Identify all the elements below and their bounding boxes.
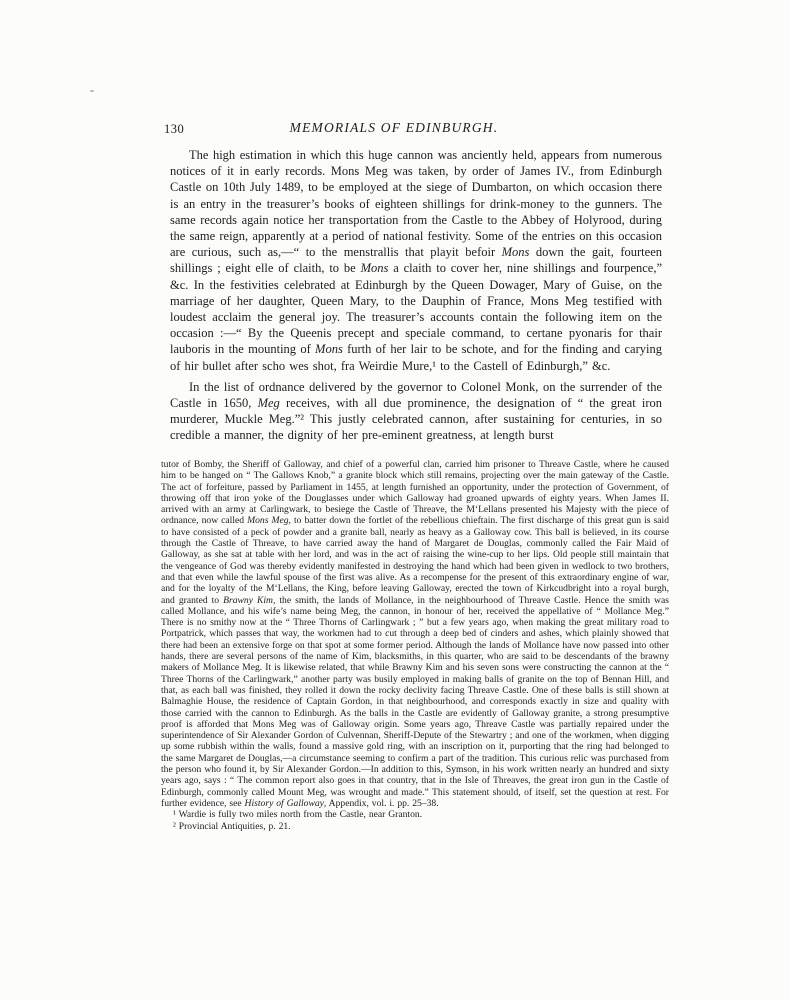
footnote-section: tutor of Bomby, the Sheriff of Galloway,…	[161, 459, 669, 832]
book-page: 130 MEMORIALS OF EDINBURGH. The high est…	[0, 0, 790, 1000]
paragraph-1: The high estimation in which this huge c…	[170, 147, 662, 374]
footnote-continuation: tutor of Bomby, the Sheriff of Galloway,…	[161, 459, 669, 809]
paragraph-2: In the list of ordnance delivered by the…	[170, 379, 662, 444]
footnote-1: ¹ Wardie is fully two miles north from t…	[161, 809, 669, 820]
running-title: MEMORIALS OF EDINBURGH.	[164, 120, 664, 136]
main-text-column: The high estimation in which this huge c…	[170, 147, 662, 444]
page-header: 130 MEMORIALS OF EDINBURGH.	[164, 120, 664, 140]
scan-artifact	[90, 90, 94, 92]
page-number: 130	[164, 122, 184, 137]
footnote-2: ² Provincial Antiquities, p. 21.	[161, 821, 669, 832]
